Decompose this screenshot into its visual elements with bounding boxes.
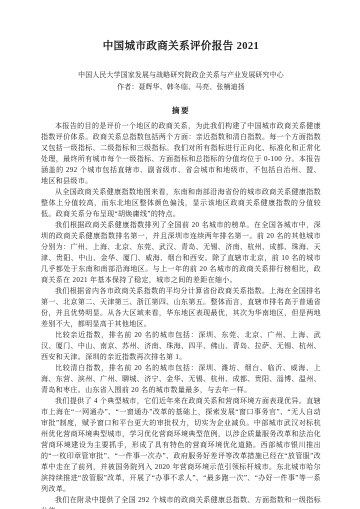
abstract-paragraph-8: 我们在附录中提供了全国 292 个城市的政商关系健康总指数、方面指数和一级指标分… (41, 495, 321, 509)
document-page: 中国城市政商关系评价报告 2021 中国人民大学国家发展与战略研究院政企关系与产… (0, 0, 360, 509)
abstract-paragraph-1: 本报告的目的是评价一个地区的政商关系，为此我们构建了中国城市政商关系健康指数评价… (41, 121, 321, 187)
abstract-paragraph-6: 比较清白指数，排名前 20 名的城市包括：深圳、潍坊、烟台、临沂、威海、上海、东… (41, 363, 321, 396)
abstract-paragraph-2: 从全国政商关系健康指数地图来看，东南和南部沿海省份的城市政商关系健康指数整体上分… (41, 187, 321, 220)
document-title: 中国城市政商关系评价报告 2021 (41, 40, 321, 53)
abstract-heading: 摘要 (41, 106, 321, 116)
abstract-paragraph-4: 我们根据省内各市政商关系指数的平均分计算省份政商关系指数。上海在全国排名第一、北… (41, 286, 321, 330)
abstract-paragraph-3: 我们根据政商关系健康指数排列了全国前 20 名城市的榜单。在全国各城市中，深圳的… (41, 220, 321, 286)
abstract-paragraph-7: 我们提供了 4 个典型城市，它们近年来在政商关系和营商环境方面表现优异。直辖市上… (41, 396, 321, 495)
abstract-body: 本报告的目的是评价一个地区的政商关系，为此我们构建了中国城市政商关系健康指数评价… (41, 121, 321, 509)
authors-byline: 作者：聂辉华、韩冬临、马亮、张楠迪扬 (41, 83, 321, 92)
affiliation-line: 中国人民大学国家发展与战略研究院政企关系与产业发展研究中心 (41, 71, 321, 80)
abstract-paragraph-5: 比较亲近指数，排名前 20 名的城市包括：深圳、东莞、北京、广州、上海、武汉、厦… (41, 330, 321, 363)
